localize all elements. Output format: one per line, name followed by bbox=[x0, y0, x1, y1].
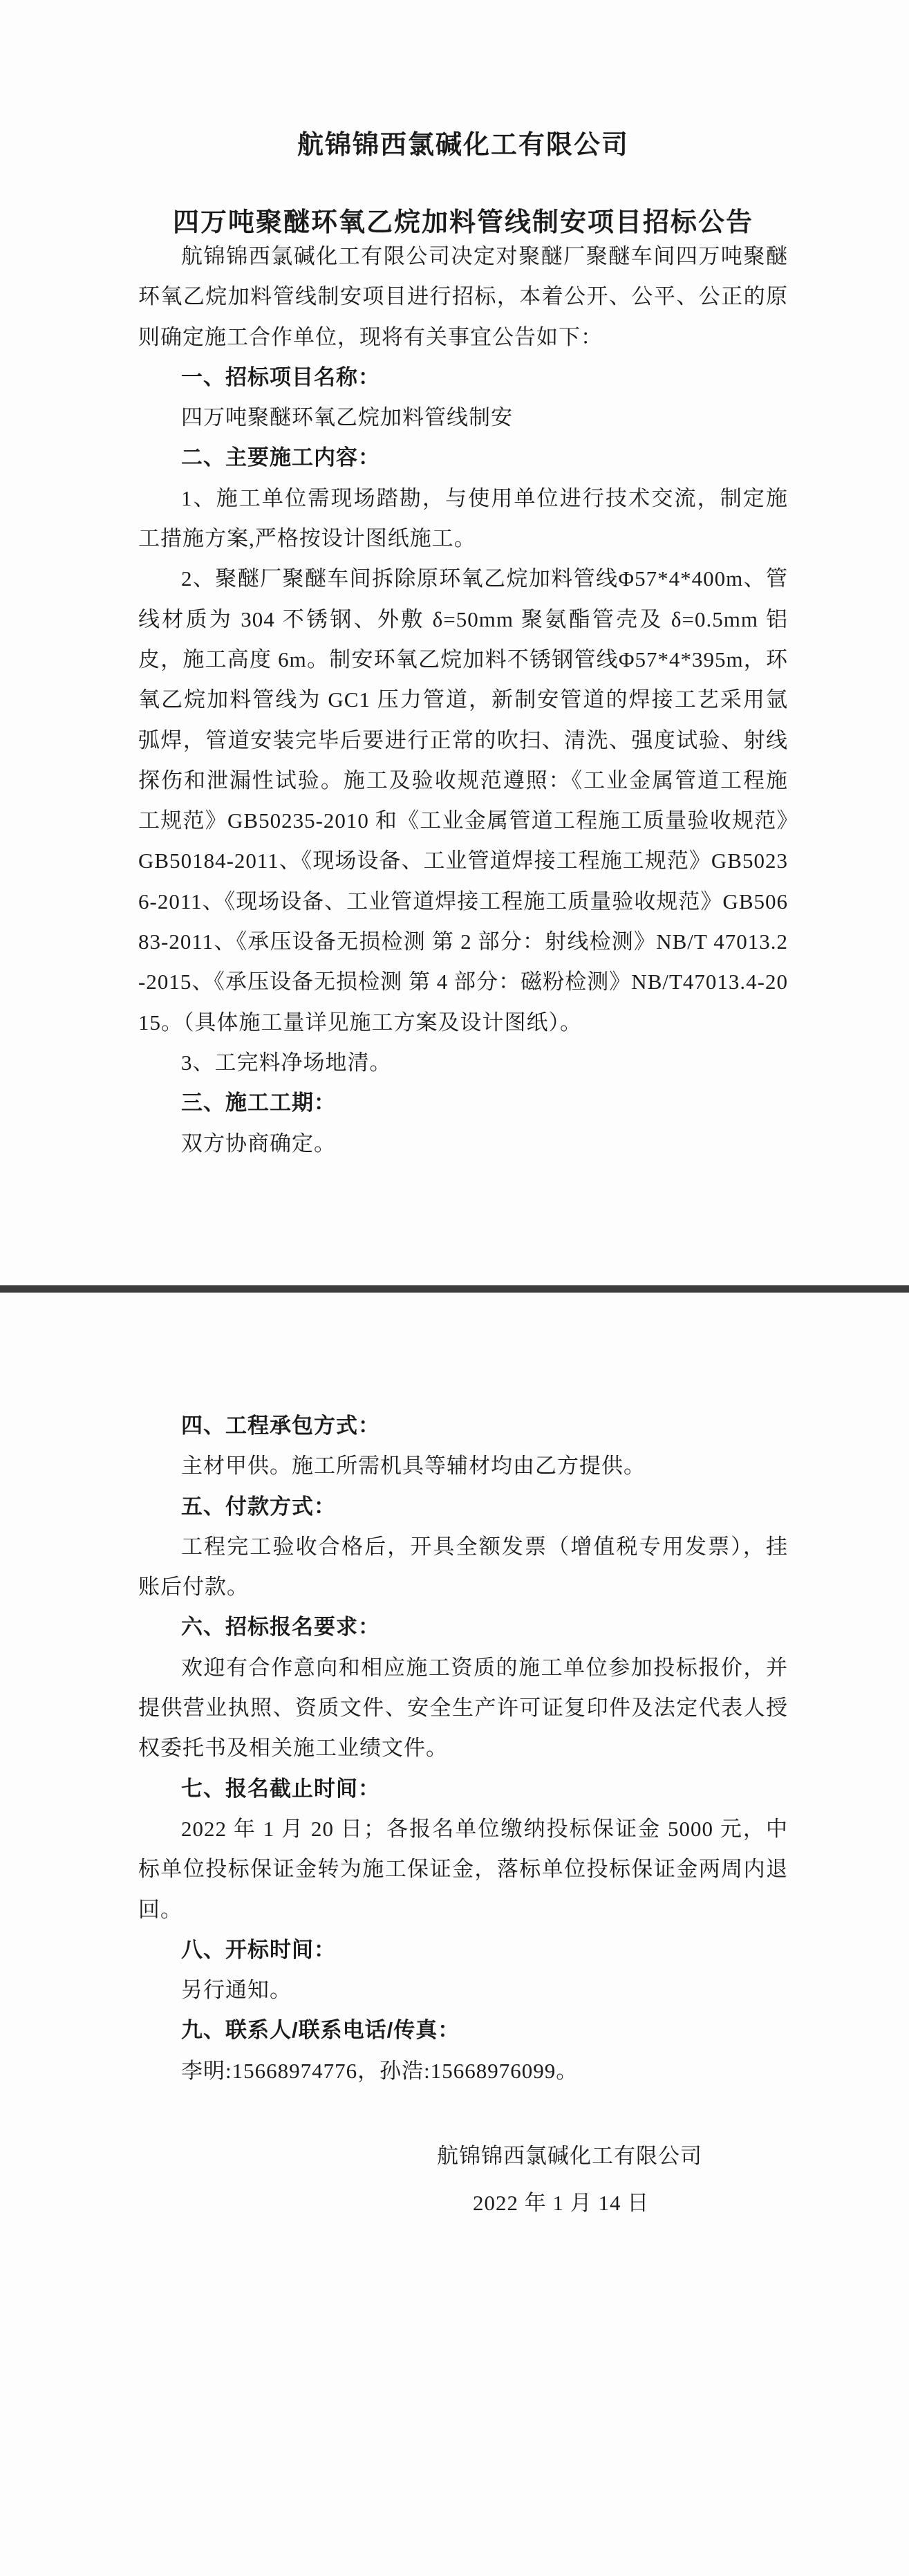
page-2-body: 四、工程承包方式： 主材甲供。施工所需机具等辅材均由乙方提供。 五、付款方式： … bbox=[138, 1406, 788, 2091]
section-8-heading: 八、开标时间： bbox=[138, 1930, 788, 1970]
section-2-item-1: 1、施工单位需现场踏勘，与使用单位进行技术交流，制定施工措施方案,严格按设计图纸… bbox=[138, 479, 788, 559]
section-2-heading: 二、主要施工内容： bbox=[138, 438, 788, 478]
section-3-body: 双方协商确定。 bbox=[138, 1124, 788, 1164]
section-6-heading: 六、招标报名要求： bbox=[138, 1607, 788, 1647]
section-7-heading: 七、报名截止时间： bbox=[138, 1769, 788, 1809]
section-2-item-2: 2、聚醚厂聚醚车间拆除原环氧乙烷加料管线Φ57*4*400m、管线材质为 304… bbox=[138, 559, 788, 1043]
section-4-body: 主材甲供。施工所需机具等辅材均由乙方提供。 bbox=[138, 1446, 788, 1486]
intro-paragraph: 航锦锦西氯碱化工有限公司决定对聚醚厂聚醚车间四万吨聚醚环氧乙烷加料管线制安项目进… bbox=[138, 237, 788, 358]
signature-date: 2022 年 1 月 14 日 bbox=[473, 2188, 649, 2218]
section-2-item-3: 3、工完料净场地清。 bbox=[138, 1043, 788, 1083]
section-1-body: 四万吨聚醚环氧乙烷加料管线制安 bbox=[138, 398, 788, 438]
section-1-heading: 一、招标项目名称： bbox=[138, 358, 788, 398]
section-8-body: 另行通知。 bbox=[138, 1970, 788, 2010]
page-break-divider bbox=[0, 1285, 909, 1293]
document-title-company: 航锦锦西氯碱化工有限公司 bbox=[138, 129, 788, 162]
section-5-body: 工程完工验收合格后，开具全额发票（增值税专用发票），挂账后付款。 bbox=[138, 1527, 788, 1608]
signature-company-name: 航锦锦西氯碱化工有限公司 bbox=[437, 2141, 702, 2171]
document-page: 航锦锦西氯碱化工有限公司 四万吨聚醚环氧乙烷加料管线制安项目招标公告 航锦锦西氯… bbox=[0, 0, 909, 2576]
section-4-heading: 四、工程承包方式： bbox=[138, 1406, 788, 1446]
section-6-body: 欢迎有合作意向和相应施工资质的施工单位参加投标报价，并提供营业执照、资质文件、安… bbox=[138, 1648, 788, 1769]
page-1-body: 航锦锦西氯碱化工有限公司决定对聚醚厂聚醚车间四万吨聚醚环氧乙烷加料管线制安项目进… bbox=[138, 237, 788, 1164]
document-title-announcement: 四万吨聚醚环氧乙烷加料管线制安项目招标公告 bbox=[138, 206, 788, 239]
section-5-heading: 五、付款方式： bbox=[138, 1487, 788, 1527]
section-9-body-contacts: 李明:15668974776，孙浩:15668976099。 bbox=[138, 2051, 788, 2091]
section-7-body: 2022 年 1 月 20 日；各报名单位缴纳投标保证金 5000 元，中标单位… bbox=[138, 1809, 788, 1930]
section-3-heading: 三、施工工期： bbox=[138, 1083, 788, 1123]
section-9-heading: 九、联系人/联系电话/传真： bbox=[138, 2010, 788, 2050]
